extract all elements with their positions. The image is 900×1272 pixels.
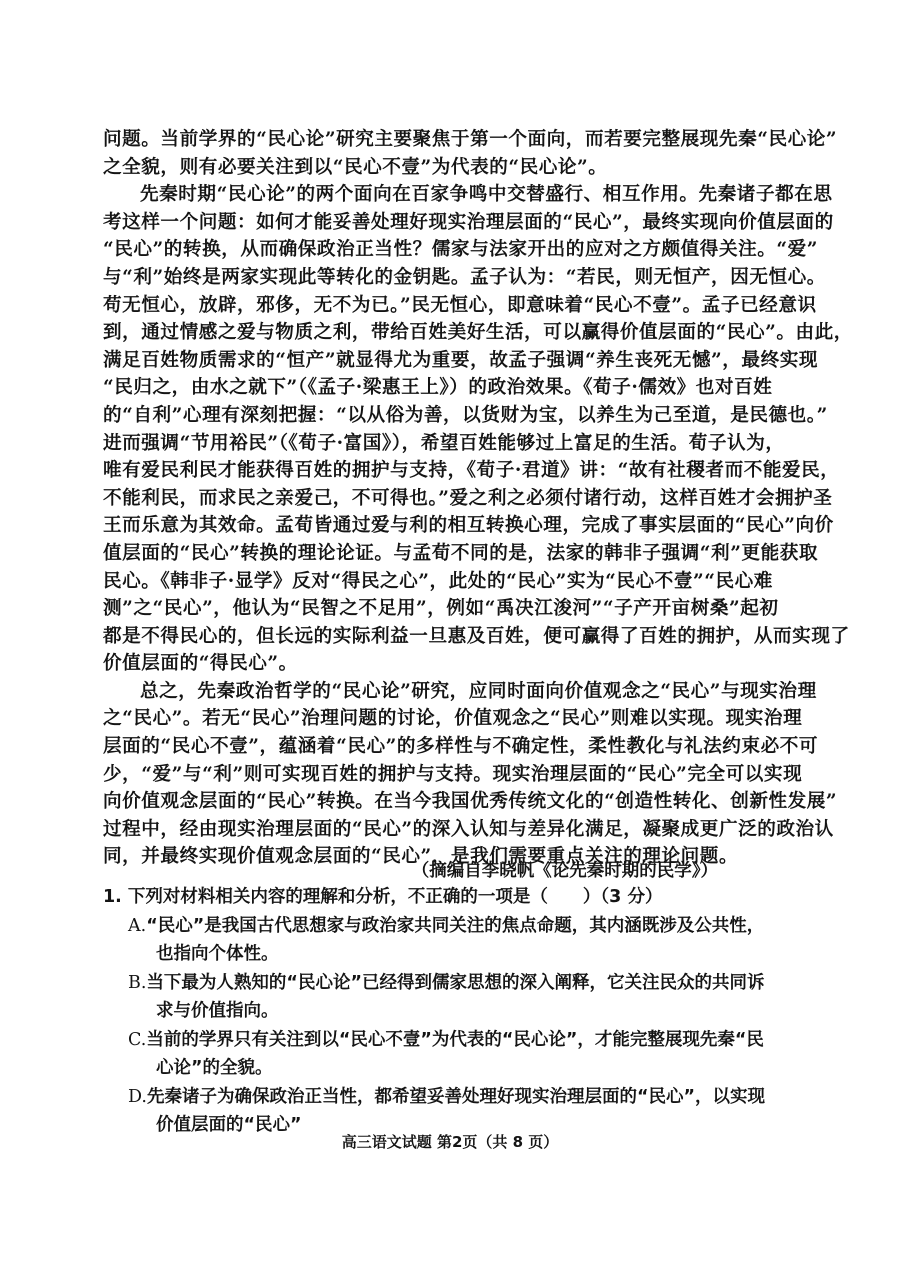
text-line: “民心”的转换，从而确保政治正当性？儒家与法家开出的应对之方颇值得关注。“爱” bbox=[103, 236, 723, 264]
text-line: 到，通过情感之爱与物质之利，带给百姓美好生活，可以赢得价值层面的“民心”。由此， bbox=[103, 319, 723, 347]
option-letter: B. bbox=[128, 969, 146, 998]
option-text: 也指向个体性。 bbox=[156, 940, 279, 969]
option-text: 心论”的全貌。 bbox=[156, 1054, 273, 1083]
text-line: 问题。当前学界的“民心论”研究主要聚焦于第一个面向，而若要完整展现先秦“民心论” bbox=[103, 126, 723, 154]
text-line: 王而乐意为其效命。孟荀皆通过爱与利的相互转换心理，完成了事实层面的“民心”向价 bbox=[103, 512, 723, 540]
text-line: 向价值观念层面的“民心”转换。在当今我国优秀传统文化的“创造性转化、创新性发展” bbox=[103, 788, 723, 816]
option-text: 求与价值指向。 bbox=[156, 997, 279, 1026]
option-b[interactable]: B.当下最为人熟知的“民心论”已经得到儒家思想的深入阐释，它关注民众的共同诉 求… bbox=[103, 969, 743, 1026]
text-line: 考这样一个问题：如何才能妥善处理好现实治理层面的“民心”，最终实现向价值层面的 bbox=[103, 209, 723, 237]
text-line: 之全貌，则有必要关注到以“民心不壹”为代表的“民心论”。 bbox=[103, 154, 723, 182]
text-line: 唯有爱民利民才能获得百姓的拥护与支持，《荀子·君道》讲：“故有社稷者而不能爱民， bbox=[103, 457, 723, 485]
passage-source: （摘编自李晓帆《论先秦时期的民学》） bbox=[0, 858, 718, 885]
text-line: 值层面的“民心”转换的理论论证。与孟荀不同的是，法家的韩非子强调“利”更能获取 bbox=[103, 540, 723, 568]
option-text: 当前的学界只有关注到以“民心不壹”为代表的“民心论”，才能完整展现先秦“民 bbox=[146, 1026, 764, 1055]
text-line: 与“利”始终是两家实现此等转化的金钥匙。孟子认为：“若民，则无恒产，因无恒心。 bbox=[103, 264, 723, 292]
option-letter: D. bbox=[128, 1083, 147, 1112]
option-letter: C. bbox=[128, 1026, 146, 1055]
text-line: 之“民心”。若无“民心”治理问题的讨论，价值观念之“民心”则难以实现。现实治理 bbox=[103, 705, 723, 733]
page-footer: 高三语文试题 第2页（共 8 页） bbox=[0, 1131, 900, 1153]
paragraph: 问题。当前学界的“民心论”研究主要聚焦于第一个面向，而若要完整展现先秦“民心论”… bbox=[103, 126, 723, 181]
exam-page: 问题。当前学界的“民心论”研究主要聚焦于第一个面向，而若要完整展现先秦“民心论”… bbox=[0, 0, 900, 1272]
text-line: 过程中，经由现实治理层面的“民心”的深入认知与差异化满足，凝聚成更广泛的政治认 bbox=[103, 816, 723, 844]
text-line: 民心。《韩非子·显学》反对“得民之心”，此处的“民心”实为“民心不壹”“民心难 bbox=[103, 568, 723, 596]
text-line: 进而强调“节用裕民”（《荀子·富国》），希望百姓能够过上富足的生活。荀子认为， bbox=[103, 430, 723, 458]
question-stem: 1. 下列对材料相关内容的理解和分析，不正确的一项是（ ）（3 分） bbox=[103, 884, 743, 912]
question-text: 下列对材料相关内容的理解和分析，不正确的一项是（ ）（3 分） bbox=[128, 887, 663, 907]
text-line: 价值层面的“得民心”。 bbox=[103, 650, 723, 678]
option-text: 先秦诸子为确保政治正当性，都希望妥善处理好现实治理层面的“民心”，以实现 bbox=[147, 1083, 765, 1112]
option-text: “民心”是我国古代思想家与政治家共同关注的焦点命题，其内涵既涉及公共性， bbox=[146, 912, 764, 941]
text-line: 不能利民，而求民之亲爱己，不可得也。”爱之利之必须付诸行动，这样百姓才会拥护圣 bbox=[103, 485, 723, 513]
text-line: 的“自利”心理有深刻把握：“以从俗为善，以货财为宝，以养生为己至道，是民德也。” bbox=[103, 402, 723, 430]
question-1: 1. 下列对材料相关内容的理解和分析，不正确的一项是（ ）（3 分） A.“民心… bbox=[103, 884, 743, 1140]
text-line: 都是不得民心的，但长远的实际利益一旦惠及百姓，便可赢得了百姓的拥护，从而实现了 bbox=[103, 623, 723, 651]
text-line: “民归之，由水之就下”（《孟子·梁惠王上》）的政治效果。《荀子·儒效》也对百姓 bbox=[103, 374, 723, 402]
text-line: 层面的“民心不壹”，蕴涵着“民心”的多样性与不确定性，柔性教化与礼法约束必不可 bbox=[103, 733, 723, 761]
text-line: 少，“爱”与“利”则可实现百姓的拥护与支持。现实治理层面的“民心”完全可以实现 bbox=[103, 761, 723, 789]
paragraph: 先秦时期“民心论”的两个面向在百家争鸣中交替盛行、相互作用。先秦诸子都在思 考这… bbox=[103, 181, 723, 678]
option-text: 当下最为人熟知的“民心论”已经得到儒家思想的深入阐释，它关注民众的共同诉 bbox=[146, 969, 764, 998]
text-line: 满足百姓物质需求的“恒产”就显得尤为重要，故孟子强调“养生丧死无憾”，最终实现 bbox=[103, 347, 723, 375]
option-a[interactable]: A.“民心”是我国古代思想家与政治家共同关注的焦点命题，其内涵既涉及公共性， 也… bbox=[103, 912, 743, 969]
text-line: 测”之“民心”，他认为“民智之不足用”，例如“禹决江浚河”“子产开亩树桑”起初 bbox=[103, 595, 723, 623]
question-number: 1. bbox=[103, 887, 122, 907]
text-line: 总之，先秦政治哲学的“民心论”研究，应同时面向价值观念之“民心”与现实治理 bbox=[103, 678, 723, 706]
text-line: 先秦时期“民心论”的两个面向在百家争鸣中交替盛行、相互作用。先秦诸子都在思 bbox=[103, 181, 723, 209]
text-line: 苟无恒心，放辟，邪侈，无不为已。”民无恒心，即意味着“民心不壹”。孟子已经意识 bbox=[103, 292, 723, 320]
option-letter: A. bbox=[128, 912, 146, 941]
option-c[interactable]: C.当前的学界只有关注到以“民心不壹”为代表的“民心论”，才能完整展现先秦“民 … bbox=[103, 1026, 743, 1083]
paragraph: 总之，先秦政治哲学的“民心论”研究，应同时面向价值观念之“民心”与现实治理 之“… bbox=[103, 678, 723, 871]
reading-passage: 问题。当前学界的“民心论”研究主要聚焦于第一个面向，而若要完整展现先秦“民心论”… bbox=[103, 126, 723, 871]
